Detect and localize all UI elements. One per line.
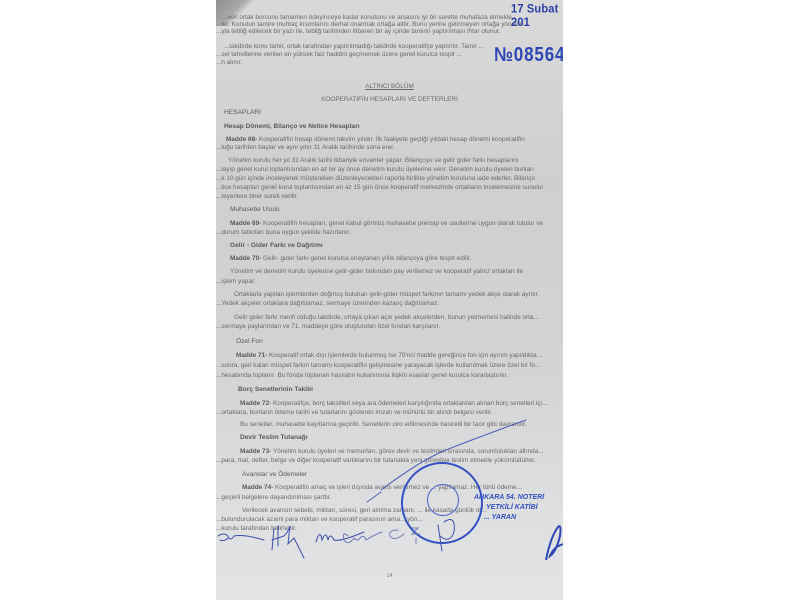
signatures [216, 0, 563, 600]
page-number: 14 [216, 573, 563, 579]
document-page: ...veri ortak borcunu tamamen ödeyinceye… [216, 0, 563, 600]
